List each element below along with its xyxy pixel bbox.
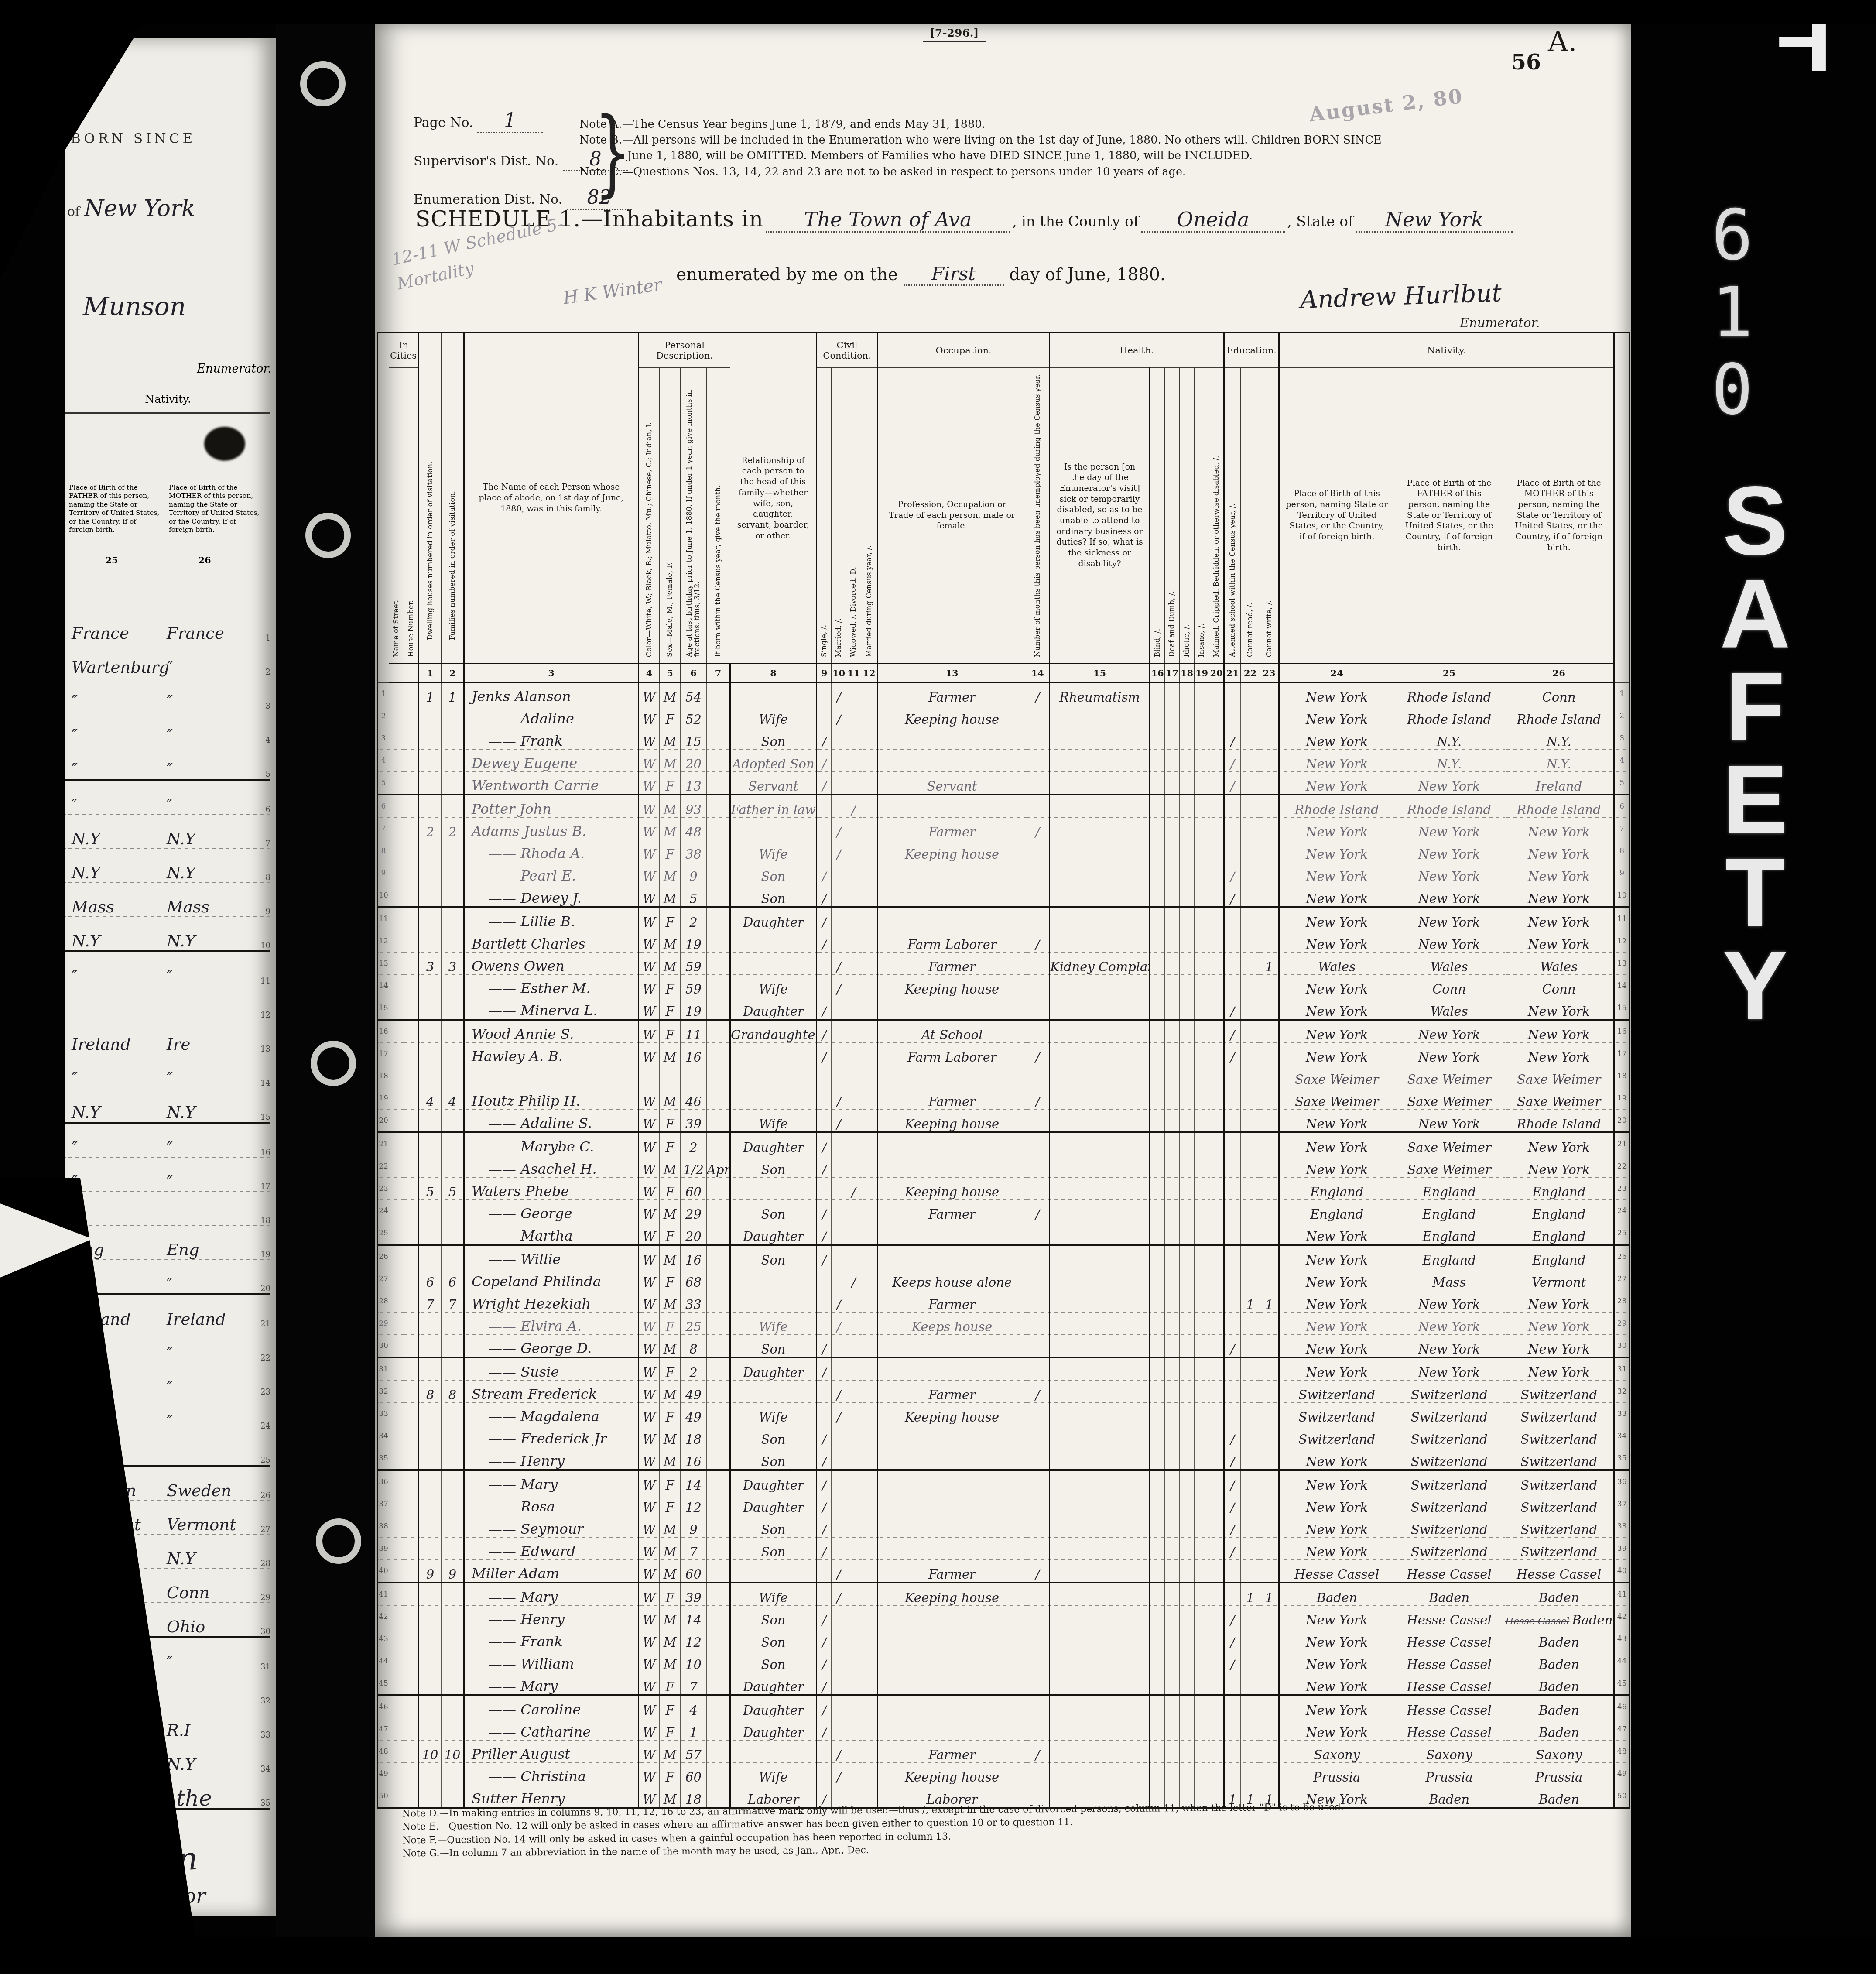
cell-disabled <box>1209 1043 1224 1065</box>
cell-month-born <box>707 705 730 727</box>
cell-sex: M <box>660 818 681 840</box>
cell-attended-school: ∕ <box>1224 862 1241 884</box>
cell-insane <box>1195 840 1209 862</box>
cell-idiotic <box>1180 1515 1195 1538</box>
line-number: 40 <box>1614 1560 1630 1583</box>
line-number: 37 <box>1614 1493 1630 1515</box>
cell-idiotic <box>1180 1606 1195 1628</box>
cell-insane <box>1195 727 1209 750</box>
cell-family <box>442 840 464 862</box>
cell-color: W <box>639 1538 660 1560</box>
binder-gutter <box>276 0 374 1974</box>
cell-street <box>389 705 404 727</box>
cell-single <box>817 1741 832 1763</box>
cell-street <box>389 1268 404 1290</box>
cell-name: —— Susie <box>464 1357 639 1381</box>
left-page-cell: Ire <box>161 1035 256 1054</box>
cell-blind <box>1150 1447 1165 1470</box>
cell-blind <box>1150 1065 1165 1087</box>
cell-birthplace-father: England <box>1394 1178 1504 1200</box>
left-page-cell: France <box>161 624 256 643</box>
col-street-header: Name of Street. <box>389 368 404 664</box>
cell-married-in-year <box>861 1313 878 1335</box>
cell-insane <box>1195 1583 1209 1606</box>
cell-disabled <box>1209 1560 1224 1583</box>
cell-family <box>442 1447 464 1470</box>
cell-birthplace-father: England <box>1394 1222 1504 1245</box>
left-page-table-header: Nativity. Place of Birth of the FATHER o… <box>65 393 270 568</box>
cell-widowed: ∕ <box>846 1268 861 1290</box>
cell-month-born <box>707 1245 730 1268</box>
cell-blind <box>1150 1155 1165 1178</box>
cell-birthplace-father: Saxe Weimer <box>1394 1155 1504 1178</box>
cell-street <box>389 1245 404 1268</box>
education-col-header: Cannot write, /. <box>1260 368 1279 664</box>
person-row: 6Potter JohnWM93Father in law∕Rhode Isla… <box>378 795 1630 818</box>
cell-cannot-read <box>1241 1245 1260 1268</box>
cell-cannot-write <box>1260 1313 1279 1335</box>
cell-idiotic <box>1180 1628 1195 1650</box>
cell-months-unemployed <box>1026 1132 1050 1155</box>
cell-family: 10 <box>442 1741 464 1763</box>
cell-house <box>404 1065 419 1087</box>
cell-birthplace: New York <box>1279 1650 1394 1672</box>
cell-cannot-read <box>1241 705 1260 727</box>
cell-deaf-dumb <box>1165 1515 1180 1538</box>
cell-months-unemployed <box>1026 1672 1050 1696</box>
cell-family <box>442 975 464 997</box>
cell-name: —— Caroline <box>464 1695 639 1718</box>
cell-months-unemployed <box>1026 1020 1050 1043</box>
person-row: 2766Copeland PhilindaWF68∕Keeps house al… <box>378 1268 1630 1290</box>
person-row: 1333Owens OwenWM59∕FarmerKidney Complain… <box>378 953 1630 975</box>
left-page-cell: 12 <box>256 1011 270 1020</box>
cell-age: 39 <box>681 1583 707 1606</box>
county-value: Oneida <box>1177 208 1249 231</box>
cell-idiotic <box>1180 1493 1195 1515</box>
person-row: 22—— Asachel H.WM1/2AprilSon∕New YorkSax… <box>378 1155 1630 1178</box>
footnotes: Note D.—In making entries in columns 9, … <box>402 1799 1581 1861</box>
group-in-cities: In Cities. <box>389 333 419 368</box>
cell-birthplace: New York <box>1279 1515 1394 1538</box>
cell-deaf-dumb <box>1165 1403 1180 1425</box>
cell-deaf-dumb <box>1165 840 1180 862</box>
person-row: 26—— WillieWM16Son∕New YorkEnglandEnglan… <box>378 1245 1630 1268</box>
person-row: 30—— George D.WM8Son∕∕New YorkNew YorkNe… <box>378 1335 1630 1358</box>
cell-married-in-year <box>861 1515 878 1538</box>
health-col-header: Idiotic, /. <box>1180 368 1195 664</box>
binder-ring-icon <box>305 513 351 558</box>
cell-insane <box>1195 1560 1209 1583</box>
cell-house <box>404 1290 419 1313</box>
cell-color: W <box>639 1178 660 1200</box>
cell-sickness <box>1050 1110 1150 1133</box>
cell-name: —— Adaline <box>464 705 639 727</box>
cell-relationship: Grandaughter <box>730 1020 817 1043</box>
cell-occupation <box>878 1245 1026 1268</box>
cell-age: 60 <box>681 1763 707 1785</box>
cell-widowed <box>846 1672 861 1696</box>
cell-dwelling: 3 <box>419 953 442 975</box>
cell-sickness <box>1050 1470 1150 1493</box>
col-sickness-header: Is the person [on the day of the Enumera… <box>1050 368 1150 664</box>
cell-color: W <box>639 1313 660 1335</box>
person-row: 2—— AdalineWF52Wife∕Keeping houseNew Yor… <box>378 705 1630 727</box>
cell-blind <box>1150 997 1165 1020</box>
cell-cannot-read <box>1241 1381 1260 1403</box>
cell-birthplace: New York <box>1279 1628 1394 1650</box>
left-page-cell: 21 <box>256 1319 270 1329</box>
cell-birthplace-father: New York <box>1394 1313 1504 1335</box>
cell-house <box>404 1763 419 1785</box>
cell-married <box>832 997 846 1020</box>
left-page-cell: N.Y <box>65 1103 161 1122</box>
cell-street <box>389 884 404 908</box>
cell-family: 2 <box>442 818 464 840</box>
cell-house <box>404 1493 419 1515</box>
cell-deaf-dumb <box>1165 1606 1180 1628</box>
cell-birthplace: New York <box>1279 1606 1394 1628</box>
cell-age: 52 <box>681 705 707 727</box>
cell-attended-school <box>1224 953 1241 975</box>
cell-months-unemployed <box>1026 1718 1050 1741</box>
cell-month-born <box>707 953 730 975</box>
cell-name: —— Frederick Jr <box>464 1425 639 1447</box>
line-number: 45 <box>378 1672 389 1696</box>
cell-idiotic <box>1180 1110 1195 1133</box>
cell-insane <box>1195 1357 1209 1381</box>
cell-idiotic <box>1180 682 1195 705</box>
cell-birthplace-mother: Baden <box>1504 1650 1614 1672</box>
col-family-header: Families numbered in order of visitation… <box>442 333 464 664</box>
cell-widowed <box>846 1493 861 1515</box>
cell-cannot-write <box>1260 727 1279 750</box>
cell-name: —— Pearl E. <box>464 862 639 884</box>
cell-attended-school <box>1224 1268 1241 1290</box>
line-number: 28 <box>378 1290 389 1313</box>
nativity-col-header: Place of Birth of the MOTHER of this per… <box>1504 368 1614 664</box>
cell-married <box>832 1606 846 1628</box>
line-number: 43 <box>378 1628 389 1650</box>
cell-blind <box>1150 1357 1165 1381</box>
cell-house <box>404 1606 419 1628</box>
cell-attended-school <box>1224 1763 1241 1785</box>
cell-occupation: Farmer <box>878 1741 1026 1763</box>
cell-single: ∕ <box>817 884 832 908</box>
cell-blind <box>1150 1718 1165 1741</box>
cell-relationship <box>730 1560 817 1583</box>
cell-family: 7 <box>442 1290 464 1313</box>
cell-occupation: Farmer <box>878 1381 1026 1403</box>
cell-street <box>389 1583 404 1606</box>
cell-birthplace: New York <box>1279 1110 1394 1133</box>
cell-attended-school <box>1224 1403 1241 1425</box>
film-edge-digit: 0 <box>1712 352 1753 429</box>
corner-letter: A. <box>1548 26 1577 58</box>
film-edge-letter: S <box>1681 475 1829 568</box>
cell-name: Potter John <box>464 795 639 818</box>
cell-sickness <box>1050 1313 1150 1335</box>
cell-month-born <box>707 1493 730 1515</box>
cell-idiotic <box>1180 1087 1195 1110</box>
cell-age: 60 <box>681 1560 707 1583</box>
cell-month-born <box>707 1222 730 1245</box>
cell-occupation: Farmer <box>878 1290 1026 1313</box>
cell-deaf-dumb <box>1165 1560 1180 1583</box>
cell-cannot-read <box>1241 1065 1260 1087</box>
cell-birthplace-mother: Baden <box>1504 1672 1614 1696</box>
left-page-cell: 17 <box>256 1182 270 1191</box>
col-unemployed-header: Number of months this person has been un… <box>1026 368 1050 664</box>
cell-relationship: Son <box>730 884 817 908</box>
person-row: 33—— MagdalenaWF49Wife∕Keeping houseSwit… <box>378 1403 1630 1425</box>
cell-month-born <box>707 997 730 1020</box>
cell-sex: M <box>660 1515 681 1538</box>
cell-single: ∕ <box>817 1155 832 1178</box>
cell-cannot-write <box>1260 1178 1279 1200</box>
cell-months-unemployed <box>1026 1628 1050 1650</box>
cell-cannot-write <box>1260 1043 1279 1065</box>
cell-single: ∕ <box>817 1515 832 1538</box>
cell-age: 59 <box>681 975 707 997</box>
cell-single <box>817 1313 832 1335</box>
cell-deaf-dumb <box>1165 1763 1180 1785</box>
cell-sickness <box>1050 1381 1150 1403</box>
cell-birthplace-mother: New York <box>1504 1020 1614 1043</box>
cell-months-unemployed <box>1026 795 1050 818</box>
line-number: 18 <box>378 1065 389 1087</box>
cell-sickness <box>1050 1672 1150 1696</box>
group-health: Health. <box>1050 333 1224 368</box>
cell-deaf-dumb <box>1165 772 1180 795</box>
line-number: 34 <box>378 1425 389 1447</box>
cell-dwelling: 10 <box>419 1741 442 1763</box>
cell-birthplace: New York <box>1279 1447 1394 1470</box>
line-number: 48 <box>378 1741 389 1763</box>
cell-color: W <box>639 1290 660 1313</box>
cell-single: ∕ <box>817 1606 832 1628</box>
column-number: 13 <box>878 663 1026 682</box>
cell-cannot-read <box>1241 1718 1260 1741</box>
cell-blind <box>1150 1381 1165 1403</box>
cell-month-born <box>707 1020 730 1043</box>
cell-cannot-read <box>1241 1155 1260 1178</box>
cell-disabled <box>1209 772 1224 795</box>
cell-sex: M <box>660 682 681 705</box>
cell-house <box>404 727 419 750</box>
cell-street <box>389 1335 404 1358</box>
cell-idiotic <box>1180 907 1195 930</box>
cell-name: —— Frank <box>464 727 639 750</box>
cell-months-unemployed <box>1026 1650 1050 1672</box>
column-number: 21 <box>1224 663 1241 682</box>
left-page-row: EngEng19 <box>65 1226 270 1260</box>
cell-married-in-year <box>861 1493 878 1515</box>
cell-house <box>404 1741 419 1763</box>
cell-disabled <box>1209 1155 1224 1178</box>
cell-month-born <box>707 1357 730 1381</box>
cell-cannot-read: 1 <box>1241 1290 1260 1313</box>
cell-married-in-year <box>861 1538 878 1560</box>
cell-sex: M <box>660 1381 681 1403</box>
cell-attended-school <box>1224 1741 1241 1763</box>
cell-dwelling <box>419 750 442 772</box>
cell-birthplace-father: Conn <box>1394 975 1504 997</box>
person-row: 11—— Lillie B.WF2Daughter∕New YorkNew Yo… <box>378 907 1630 930</box>
cell-deaf-dumb <box>1165 1335 1180 1358</box>
cell-color: W <box>639 1695 660 1718</box>
cell-dwelling <box>419 1538 442 1560</box>
cell-insane <box>1195 1381 1209 1403</box>
education-col-header: Cannot read, /. <box>1241 368 1260 664</box>
cell-month-born <box>707 884 730 908</box>
cell-months-unemployed <box>1026 1313 1050 1335</box>
cell-cannot-read <box>1241 1560 1260 1583</box>
state-value: New York <box>1385 208 1483 231</box>
cell-married: ∕ <box>832 1290 846 1313</box>
cell-disabled <box>1209 1741 1224 1763</box>
cell-dwelling <box>419 975 442 997</box>
cell-occupation <box>878 1155 1026 1178</box>
line-number: 46 <box>378 1695 389 1718</box>
cell-family <box>442 705 464 727</box>
cell-birthplace-mother: Hesse Cassel <box>1504 1560 1614 1583</box>
line-number: 14 <box>1614 975 1630 997</box>
person-row: 111Jenks AlansonWM54∕Farmer∕RheumatismNe… <box>378 682 1630 705</box>
cell-birthplace-mother: New York <box>1504 907 1614 930</box>
cell-married-in-year <box>861 682 878 705</box>
cell-widowed <box>846 1335 861 1358</box>
cell-sickness <box>1050 1583 1150 1606</box>
cell-color: W <box>639 1200 660 1222</box>
cell-color: W <box>639 795 660 818</box>
cell-disabled <box>1209 1606 1224 1628</box>
line-number: 32 <box>1614 1381 1630 1403</box>
line-number: 42 <box>1614 1606 1630 1628</box>
cell-month-born <box>707 1110 730 1133</box>
line-number: 31 <box>1614 1357 1630 1381</box>
cell-idiotic <box>1180 1222 1195 1245</box>
cell-sex: F <box>660 1110 681 1133</box>
cell-birthplace-mother: England <box>1504 1222 1614 1245</box>
left-page-signature: Munson <box>83 291 186 321</box>
cell-birthplace: New York <box>1279 750 1394 772</box>
cell-deaf-dumb <box>1165 682 1180 705</box>
cell-relationship: Daughter <box>730 1357 817 1381</box>
cell-sickness <box>1050 1290 1150 1313</box>
cell-months-unemployed <box>1026 1583 1050 1606</box>
cell-disabled <box>1209 1132 1224 1155</box>
cell-deaf-dumb <box>1165 750 1180 772</box>
cell-married <box>832 1335 846 1358</box>
cell-married: ∕ <box>832 1741 846 1763</box>
cell-married <box>832 1268 846 1290</box>
cell-family <box>442 862 464 884</box>
cell-single <box>817 953 832 975</box>
cell-married-in-year <box>861 1381 878 1403</box>
left-page-cell: ″ <box>161 692 256 711</box>
cell-widowed <box>846 1515 861 1538</box>
cell-birthplace-father: Hesse Cassel <box>1394 1606 1504 1628</box>
cell-street <box>389 1403 404 1425</box>
cell-single: ∕ <box>817 1628 832 1650</box>
personal-col-header: Color—White, W.; Black, B.; Mulatto, Mu.… <box>639 368 660 664</box>
cell-deaf-dumb <box>1165 930 1180 953</box>
cell-month-born <box>707 1718 730 1741</box>
cell-married-in-year <box>861 1357 878 1381</box>
cell-idiotic <box>1180 705 1195 727</box>
cell-house <box>404 705 419 727</box>
cell-attended-school <box>1224 1110 1241 1133</box>
cell-widowed <box>846 1222 861 1245</box>
cell-color: W <box>639 1403 660 1425</box>
cell-idiotic <box>1180 1178 1195 1200</box>
cell-month-born <box>707 1425 730 1447</box>
left-page-cell: N.Y <box>65 932 161 950</box>
cell-months-unemployed: ∕ <box>1026 1200 1050 1222</box>
person-row: 8—— Rhoda A.WF38Wife∕Keeping houseNew Yo… <box>378 840 1630 862</box>
left-page-enumerator-label: Enumerator. <box>197 362 271 376</box>
cell-widowed <box>846 884 861 908</box>
cell-single <box>817 840 832 862</box>
cell-occupation: Keeping house <box>878 1110 1026 1133</box>
cell-age: 14 <box>681 1470 707 1493</box>
cell-street <box>389 772 404 795</box>
cell-occupation <box>878 1538 1026 1560</box>
left-page-cell: ″ <box>161 760 256 779</box>
cell-birthplace-mother: New York <box>1504 1335 1614 1358</box>
cell-blind <box>1150 727 1165 750</box>
cell-married: ∕ <box>832 953 846 975</box>
line-number: 29 <box>1614 1313 1630 1335</box>
cell-months-unemployed: ∕ <box>1026 818 1050 840</box>
line-number-header <box>1614 333 1630 683</box>
cell-occupation <box>878 1222 1026 1245</box>
cell-idiotic <box>1180 727 1195 750</box>
cell-cannot-read <box>1241 1447 1260 1470</box>
cell-idiotic <box>1180 795 1195 818</box>
cell-married-in-year <box>861 1200 878 1222</box>
line-number: 23 <box>378 1178 389 1200</box>
cell-name: —— Willie <box>464 1245 639 1268</box>
cell-sex: M <box>660 953 681 975</box>
cell-cannot-write <box>1260 1425 1279 1447</box>
cell-married-in-year <box>861 1560 878 1583</box>
cell-months-unemployed <box>1026 884 1050 908</box>
cell-occupation: Keeps house <box>878 1313 1026 1335</box>
person-row: 36—— MaryWF14Daughter∕∕New YorkSwitzerla… <box>378 1470 1630 1493</box>
cell-relationship: Wife <box>730 1313 817 1335</box>
cell-birthplace: New York <box>1279 997 1394 1020</box>
cell-deaf-dumb <box>1165 1065 1180 1087</box>
cell-birthplace: New York <box>1279 818 1394 840</box>
cell-married: ∕ <box>832 1560 846 1583</box>
cell-month-born <box>707 1200 730 1222</box>
cell-married <box>832 1043 846 1065</box>
cell-married-in-year <box>861 1065 878 1087</box>
cell-age: 5 <box>681 884 707 908</box>
cell-name: —— Edward <box>464 1538 639 1560</box>
cell-deaf-dumb <box>1165 1583 1180 1606</box>
cell-cannot-read <box>1241 975 1260 997</box>
cell-sickness <box>1050 1763 1150 1785</box>
cell-family <box>442 930 464 953</box>
cell-insane <box>1195 1020 1209 1043</box>
cell-family <box>442 1065 464 1087</box>
cell-occupation <box>878 907 1026 930</box>
cell-idiotic <box>1180 953 1195 975</box>
cell-single: ∕ <box>817 1650 832 1672</box>
